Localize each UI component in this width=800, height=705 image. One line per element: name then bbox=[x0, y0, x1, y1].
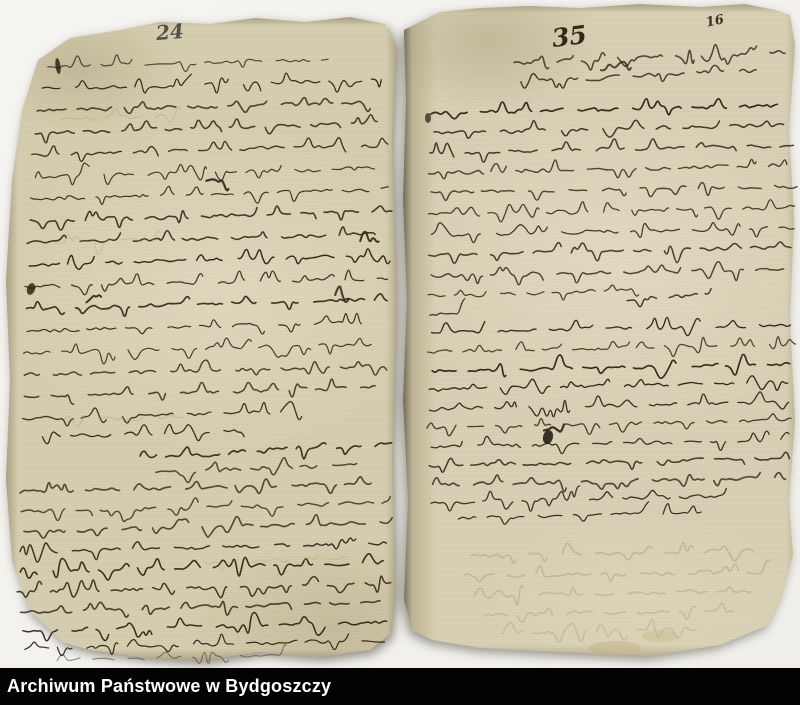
archive-footer-bar: Archiwum Państwowe w Bydgoszczy bbox=[0, 668, 800, 705]
paper-sheet-left: 24 bbox=[6, 16, 398, 662]
corner-number-right: 16 bbox=[705, 12, 726, 30]
archive-name: Archiwum Państwowe w Bydgoszczy bbox=[7, 676, 331, 697]
archival-scan-background: 24 35 16 Archiwum Państwowe w Bydgoszczy bbox=[0, 0, 800, 705]
page-number-right: 35 bbox=[550, 20, 588, 53]
manuscript-page-left: 24 bbox=[6, 16, 398, 662]
paper-sheet-right: 35 16 bbox=[400, 2, 800, 658]
manuscript-page-right: 35 16 bbox=[400, 2, 800, 658]
page-number-left: 24 bbox=[155, 19, 185, 45]
